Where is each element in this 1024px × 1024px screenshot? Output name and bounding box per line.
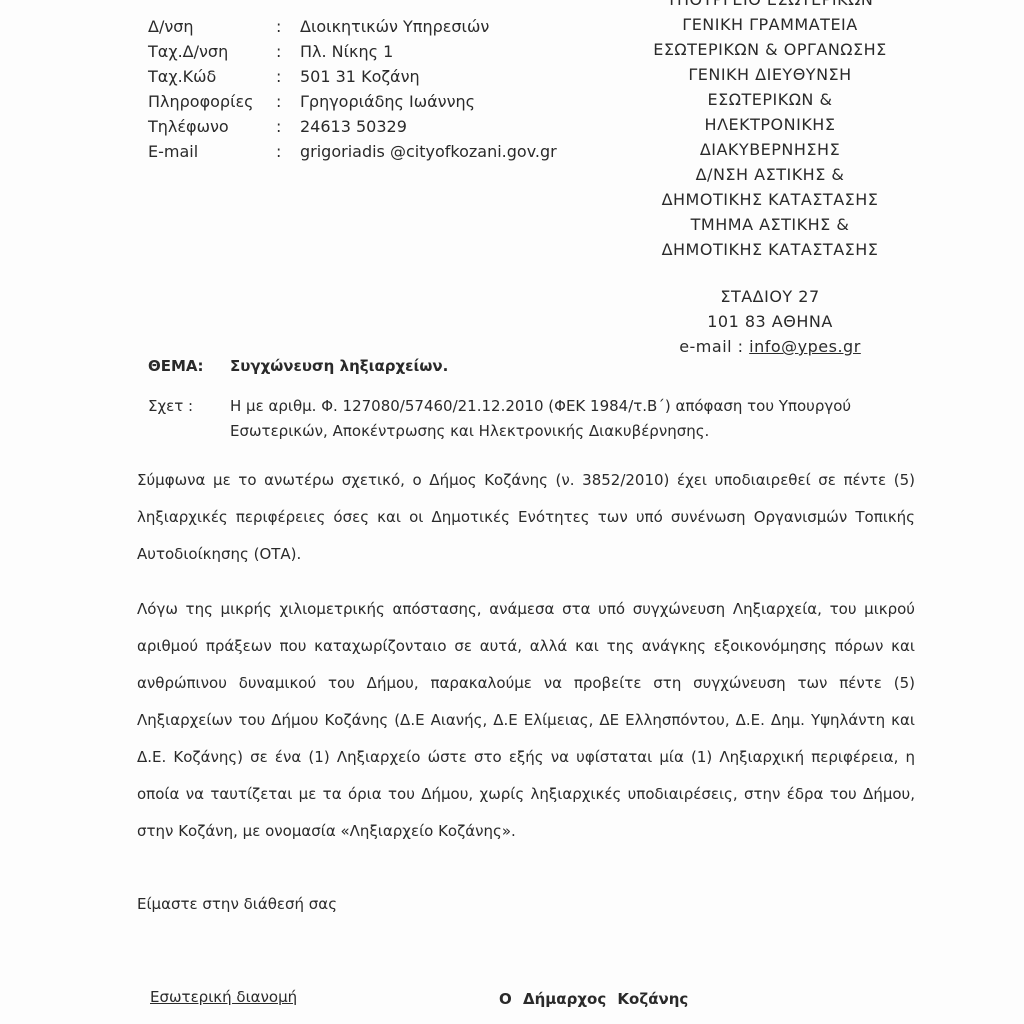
recipient-line: ΕΣΩΤΕΡΙΚΩΝ &	[620, 87, 920, 112]
recipient-line: ΔΗΜΟΤΙΚΗΣ ΚΑΤΑΣΤΑΣΗΣ	[620, 237, 920, 262]
field-label: Ταχ.Δ/νση	[148, 39, 276, 64]
field-value: Πλ. Νίκης 1	[300, 39, 393, 64]
recipient-email-label: e-mail :	[679, 337, 749, 356]
reference-line: Σχετ : Η με αριθμ. Φ. 127080/57460/21.12…	[148, 394, 930, 444]
field-value: 24613 50329	[300, 114, 407, 139]
recipient-line: ΕΣΩΤΕΡΙΚΩΝ & ΟΡΓΑΝΩΣΗΣ	[620, 37, 920, 62]
signatory: Ο Δήμαρχος Κοζάνης	[499, 990, 688, 1008]
recipient-line: ΓΕΝΙΚΗ ΔΙΕΥΘΥΝΣΗ	[620, 62, 920, 87]
subject-line: ΘΕΜΑ:Συγχώνευση ληξιαρχείων.	[148, 357, 448, 375]
subject-label: ΘΕΜΑ:	[148, 357, 230, 375]
sender-row-postcode: Ταχ.Κώδ : 501 31 Κοζάνη	[148, 64, 557, 89]
recipient-line: ΤΜΗΜΑ ΑΣΤΙΚΗΣ &	[620, 212, 920, 237]
sender-info: Δ/νση : Διοικητικών Υπηρεσιών Ταχ.Δ/νση …	[148, 14, 557, 164]
field-label: Ταχ.Κώδ	[148, 64, 276, 89]
sender-row-phone: Τηλέφωνο : 24613 50329	[148, 114, 557, 139]
reference-text: Η με αριθμ. Φ. 127080/57460/21.12.2010 (…	[230, 394, 930, 444]
spacer	[620, 262, 920, 284]
field-separator: :	[276, 14, 300, 39]
recipient-line: ΓΕΝΙΚΗ ΓΡΑΜΜΑΤΕΙΑ	[620, 12, 920, 37]
field-label: E-mail	[148, 139, 276, 164]
sender-row-address: Ταχ.Δ/νση : Πλ. Νίκης 1	[148, 39, 557, 64]
field-label: Δ/νση	[148, 14, 276, 39]
body-paragraph-2: Λόγω της μικρής χιλιομετρικής απόστασης,…	[137, 591, 915, 850]
field-separator: :	[276, 64, 300, 89]
recipient-line: ΔΙΑΚΥΒΕΡΝΗΣΗΣ	[620, 137, 920, 162]
field-separator: :	[276, 114, 300, 139]
field-value: Διοικητικών Υπηρεσιών	[300, 14, 489, 39]
recipient-street: ΣΤΑΔΙΟΥ 27	[620, 284, 920, 309]
recipient-line: ΔΗΜΟΤΙΚΗΣ ΚΑΤΑΣΤΑΣΗΣ	[620, 187, 920, 212]
field-value: 501 31 Κοζάνη	[300, 64, 420, 89]
recipient-line: ΗΛΕΚΤΡΟΝΙΚΗΣ	[620, 112, 920, 137]
reference-label: Σχετ :	[148, 394, 230, 444]
recipient-email-row: e-mail : info@ypes.gr	[620, 334, 920, 359]
sender-row-department: Δ/νση : Διοικητικών Υπηρεσιών	[148, 14, 557, 39]
field-label: Τηλέφωνο	[148, 114, 276, 139]
field-separator: :	[276, 39, 300, 64]
recipient-line: ΥΠΟΥΡΓΕΙΟ ΕΣΩΤΕΡΙΚΩΝ	[620, 0, 920, 12]
field-label: Πληροφορίες	[148, 89, 276, 114]
field-value: Γρηγοριάδης Ιωάννης	[300, 89, 475, 114]
recipient-email-link[interactable]: info@ypes.gr	[749, 337, 861, 356]
internal-distribution-heading: Εσωτερική διανομή	[150, 988, 297, 1006]
recipient-block: ΥΠΟΥΡΓΕΙΟ ΕΣΩΤΕΡΙΚΩΝ ΓΕΝΙΚΗ ΓΡΑΜΜΑΤΕΙΑ Ε…	[620, 0, 920, 359]
sender-row-email: E-mail : grigoriadis @cityofkozani.gov.g…	[148, 139, 557, 164]
body-paragraph-1: Σύμφωνα με το ανωτέρω σχετικό, ο Δήμος Κ…	[137, 462, 915, 573]
closing-line: Είμαστε στην διάθεσή σας	[137, 895, 337, 913]
recipient-city: 101 83 ΑΘΗΝΑ	[620, 309, 920, 334]
sender-email: grigoriadis @cityofkozani.gov.gr	[300, 139, 557, 164]
recipient-line: Δ/ΝΣΗ ΑΣΤΙΚΗΣ &	[620, 162, 920, 187]
subject-text: Συγχώνευση ληξιαρχείων.	[230, 357, 448, 375]
field-separator: :	[276, 139, 300, 164]
field-separator: :	[276, 89, 300, 114]
sender-row-contact: Πληροφορίες : Γρηγοριάδης Ιωάννης	[148, 89, 557, 114]
